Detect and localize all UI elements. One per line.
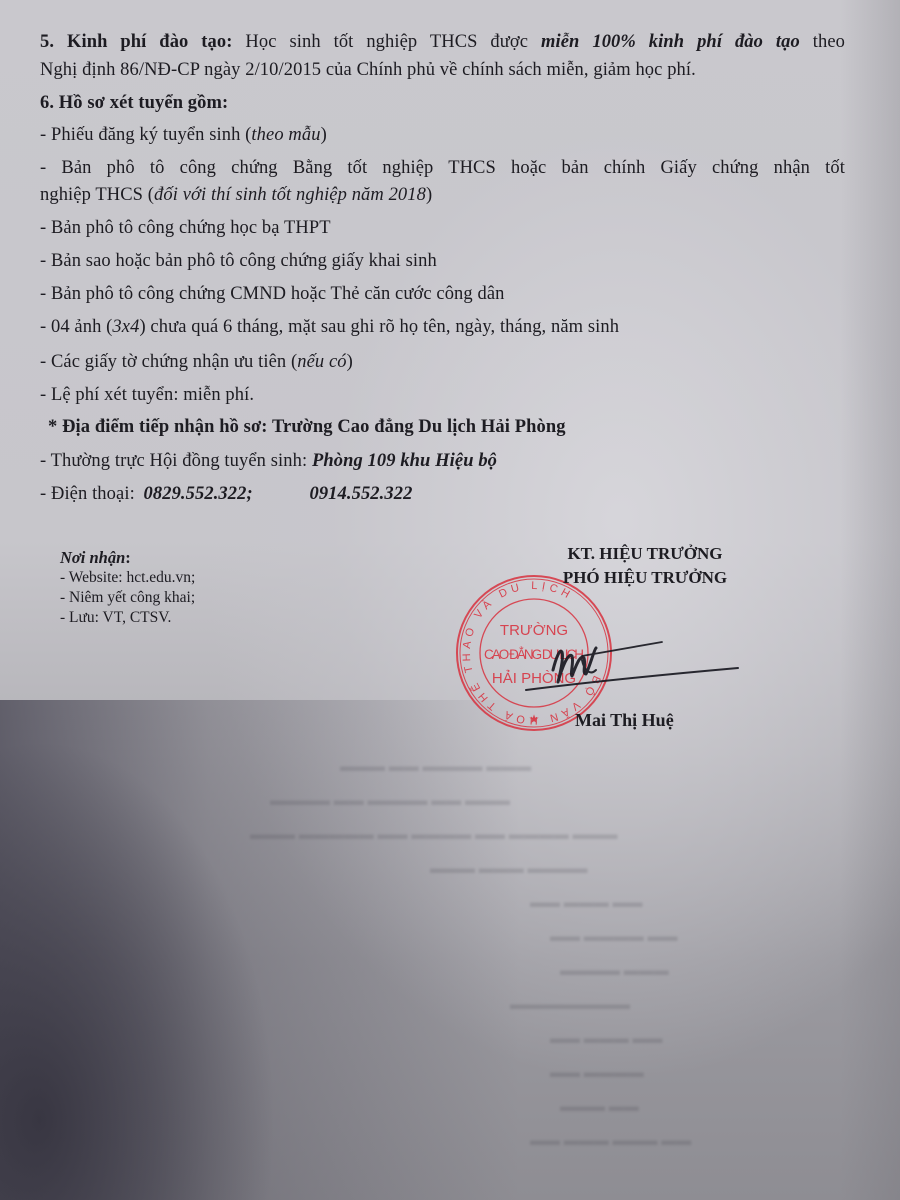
page-edge-shadow — [840, 0, 900, 1200]
requirement-item: - Phiếu đăng ký tuyển sinh (theo mẫu) — [40, 125, 327, 146]
section5-emphasis: miễn 100% kinh phí đào tạo — [541, 32, 800, 52]
section5-heading: 5. Kinh phí đào tạo: — [40, 32, 233, 52]
recipient-item: - Niêm yết công khai; — [60, 588, 195, 608]
office-line: - Thường trực Hội đồng tuyển sinh: Phòng… — [40, 451, 497, 472]
phone-number-1: 0829.552.322; — [144, 484, 253, 504]
bleed-through-texture: ▬▬▬ ▬▬ ▬▬▬▬ ▬▬▬ ▬▬▬▬ ▬▬ ▬▬▬▬ ▬▬ ▬▬▬ ▬▬▬ … — [250, 750, 810, 1180]
recipient-item: - Lưu: VT, CTSV. — [60, 608, 195, 628]
section6-heading: 6. Hồ sơ xét tuyển gồm: — [40, 93, 228, 114]
handwritten-signature-icon — [470, 630, 750, 700]
signer-name: Mai Thị Huệ — [575, 710, 674, 731]
requirement-item: - Lệ phí xét tuyển: miễn phí. — [40, 385, 254, 406]
requirement-item: - Bản phô tô công chứng Bằng tốt nghiệp … — [40, 158, 845, 179]
stamp-star-icon: ★ — [529, 712, 540, 726]
location-heading: * Địa điểm tiếp nhận hồ sơ: Trường Cao đ… — [48, 417, 566, 438]
requirement-item: - Bản phô tô công chứng CMND hoặc Thẻ că… — [40, 284, 505, 305]
recipient-item: - Website: hct.edu.vn; — [60, 568, 195, 588]
office-value: Phòng 109 khu Hiệu bộ — [312, 451, 497, 471]
recipients-block: Nơi nhận: - Website: hct.edu.vn; - Niêm … — [60, 548, 195, 628]
section5-line1: 5. Kinh phí đào tạo: Học sinh tốt nghiệp… — [40, 32, 845, 53]
requirement-item: - 04 ảnh (3x4) chưa quá 6 tháng, mặt sau… — [40, 317, 619, 338]
signature-title-1: KT. HIỆU TRƯỞNG — [540, 542, 750, 566]
signature-block: KT. HIỆU TRƯỞNG PHÓ HIỆU TRƯỞNG — [540, 542, 750, 590]
signature-title-2: PHÓ HIỆU TRƯỞNG — [540, 566, 750, 590]
requirement-item-continued: nghiệp THCS (đối với thí sinh tốt nghiệp… — [40, 185, 432, 206]
requirement-item: - Bản phô tô công chứng học bạ THPT — [40, 218, 331, 239]
requirement-item: - Bản sao hoặc bản phô tô công chứng giấ… — [40, 251, 437, 272]
phone-number-2: 0914.552.322 — [309, 484, 412, 504]
recipients-title: Nơi nhận: — [60, 548, 195, 568]
section5-line2: Nghị định 86/NĐ-CP ngày 2/10/2015 của Ch… — [40, 60, 696, 81]
phone-line: - Điện thoại: 0829.552.322; 0914.552.322 — [40, 484, 412, 505]
requirement-item: - Các giấy tờ chứng nhận ưu tiên (nếu có… — [40, 352, 353, 373]
